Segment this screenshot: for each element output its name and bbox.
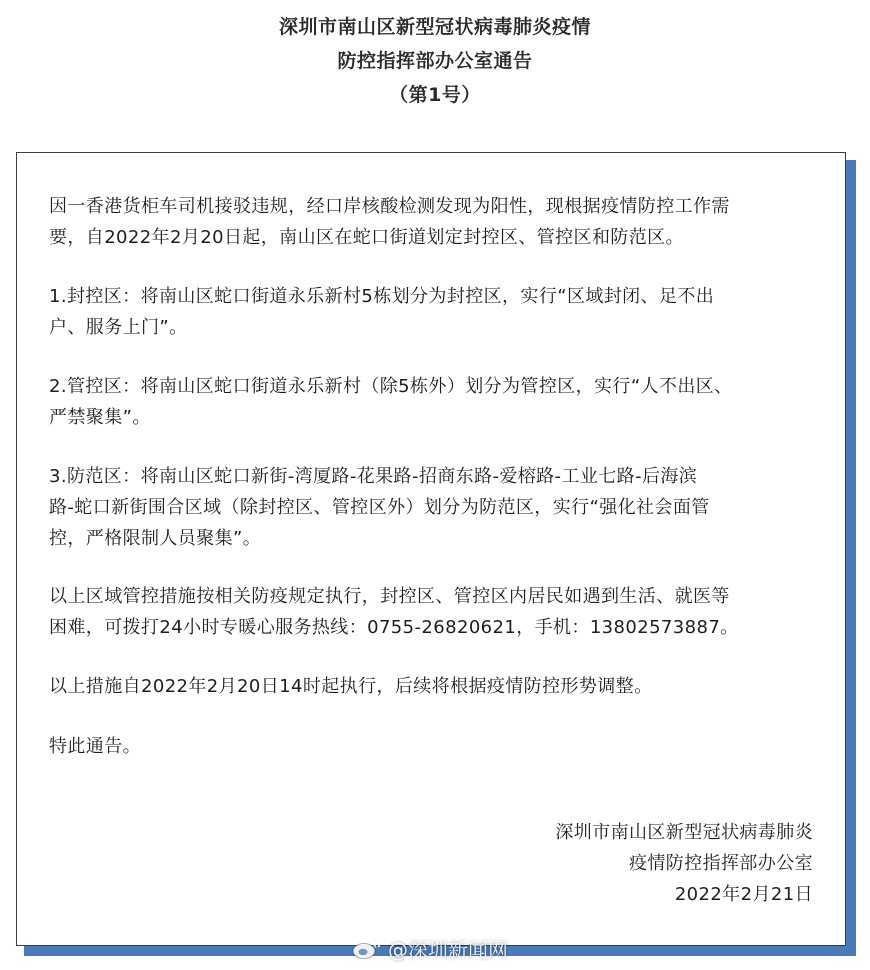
text-line: 以上区域管控措施按相关防疫规定执行，封控区、管控区内居民如遇到生活、就医等: [49, 581, 829, 612]
watermark-text: @深圳新闻网: [388, 934, 508, 963]
notice-box: 因一香港货柜车司机接驳违规，经口岸核酸检测发现为阳性，现根据疫情防控工作需 要，…: [16, 152, 846, 946]
signature-org-line-2: 疫情防控指挥部办公室: [555, 848, 813, 879]
title-line-number: （第1号）: [0, 78, 870, 112]
notice-title: 深圳市南山区新型冠状病毒肺炎疫情 防控指挥部办公室通告 （第1号）: [0, 10, 870, 112]
weibo-watermark: @深圳新闻网: [352, 933, 508, 963]
paragraph-hotline: 以上区域管控措施按相关防疫规定执行，封控区、管控区内居民如遇到生活、就医等 困难…: [49, 581, 829, 643]
text-line: 3.防范区：将南山区蛇口新街-湾厦路-花果路-招商东路-爱榕路-工业七路-后海滨: [49, 461, 829, 492]
text-line: 因一香港货柜车司机接驳违规，经口岸核酸检测发现为阳性，现根据疫情防控工作需: [49, 191, 829, 222]
paragraph-precaution-zone: 3.防范区：将南山区蛇口新街-湾厦路-花果路-招商东路-爱榕路-工业七路-后海滨…: [49, 461, 829, 554]
weibo-icon: [352, 936, 382, 960]
signature-block: 深圳市南山区新型冠状病毒肺炎 疫情防控指挥部办公室 2022年2月21日: [555, 817, 813, 910]
text-line: 路-蛇口新街围合区域（除封控区、管控区外）划分为防范区，实行“强化社会面管: [49, 492, 829, 523]
paragraph-sealed-zone: 1.封控区：将南山区蛇口街道永乐新村5栋划分为封控区，实行“区域封闭、足不出 户…: [49, 281, 829, 343]
signature-org-line-1: 深圳市南山区新型冠状病毒肺炎: [555, 817, 813, 848]
signature-date: 2022年2月21日: [555, 879, 813, 910]
title-line-1: 深圳市南山区新型冠状病毒肺炎疫情: [0, 10, 870, 44]
title-line-2: 防控指挥部办公室通告: [0, 44, 870, 78]
paragraph-closing: 特此通告。: [49, 731, 829, 762]
text-line: 1.封控区：将南山区蛇口街道永乐新村5栋划分为封控区，实行“区域封闭、足不出: [49, 281, 829, 312]
paragraph-intro: 因一香港货柜车司机接驳违规，经口岸核酸检测发现为阳性，现根据疫情防控工作需 要，…: [49, 191, 829, 253]
paragraph-controlled-zone: 2.管控区：将南山区蛇口街道永乐新村（除5栋外）划分为管控区，实行“人不出区、 …: [49, 371, 829, 433]
text-line: 严禁聚集”。: [49, 402, 829, 433]
text-line: 2.管控区：将南山区蛇口街道永乐新村（除5栋外）划分为管控区，实行“人不出区、: [49, 371, 829, 402]
text-line: 以上措施自2022年2月20日14时起执行，后续将根据疫情防控形势调整。: [49, 671, 829, 702]
text-line: 控，严格限制人员聚集”。: [49, 523, 829, 554]
text-line: 困难，可拨打24小时专暖心服务热线：0755-26820621，手机：13802…: [49, 612, 829, 643]
text-line: 要，自2022年2月20日起，南山区在蛇口街道划定封控区、管控区和防范区。: [49, 222, 829, 253]
text-line: 户、服务上门”。: [49, 312, 829, 343]
text-line: 特此通告。: [49, 731, 829, 762]
paragraph-effective-time: 以上措施自2022年2月20日14时起执行，后续将根据疫情防控形势调整。: [49, 671, 829, 702]
